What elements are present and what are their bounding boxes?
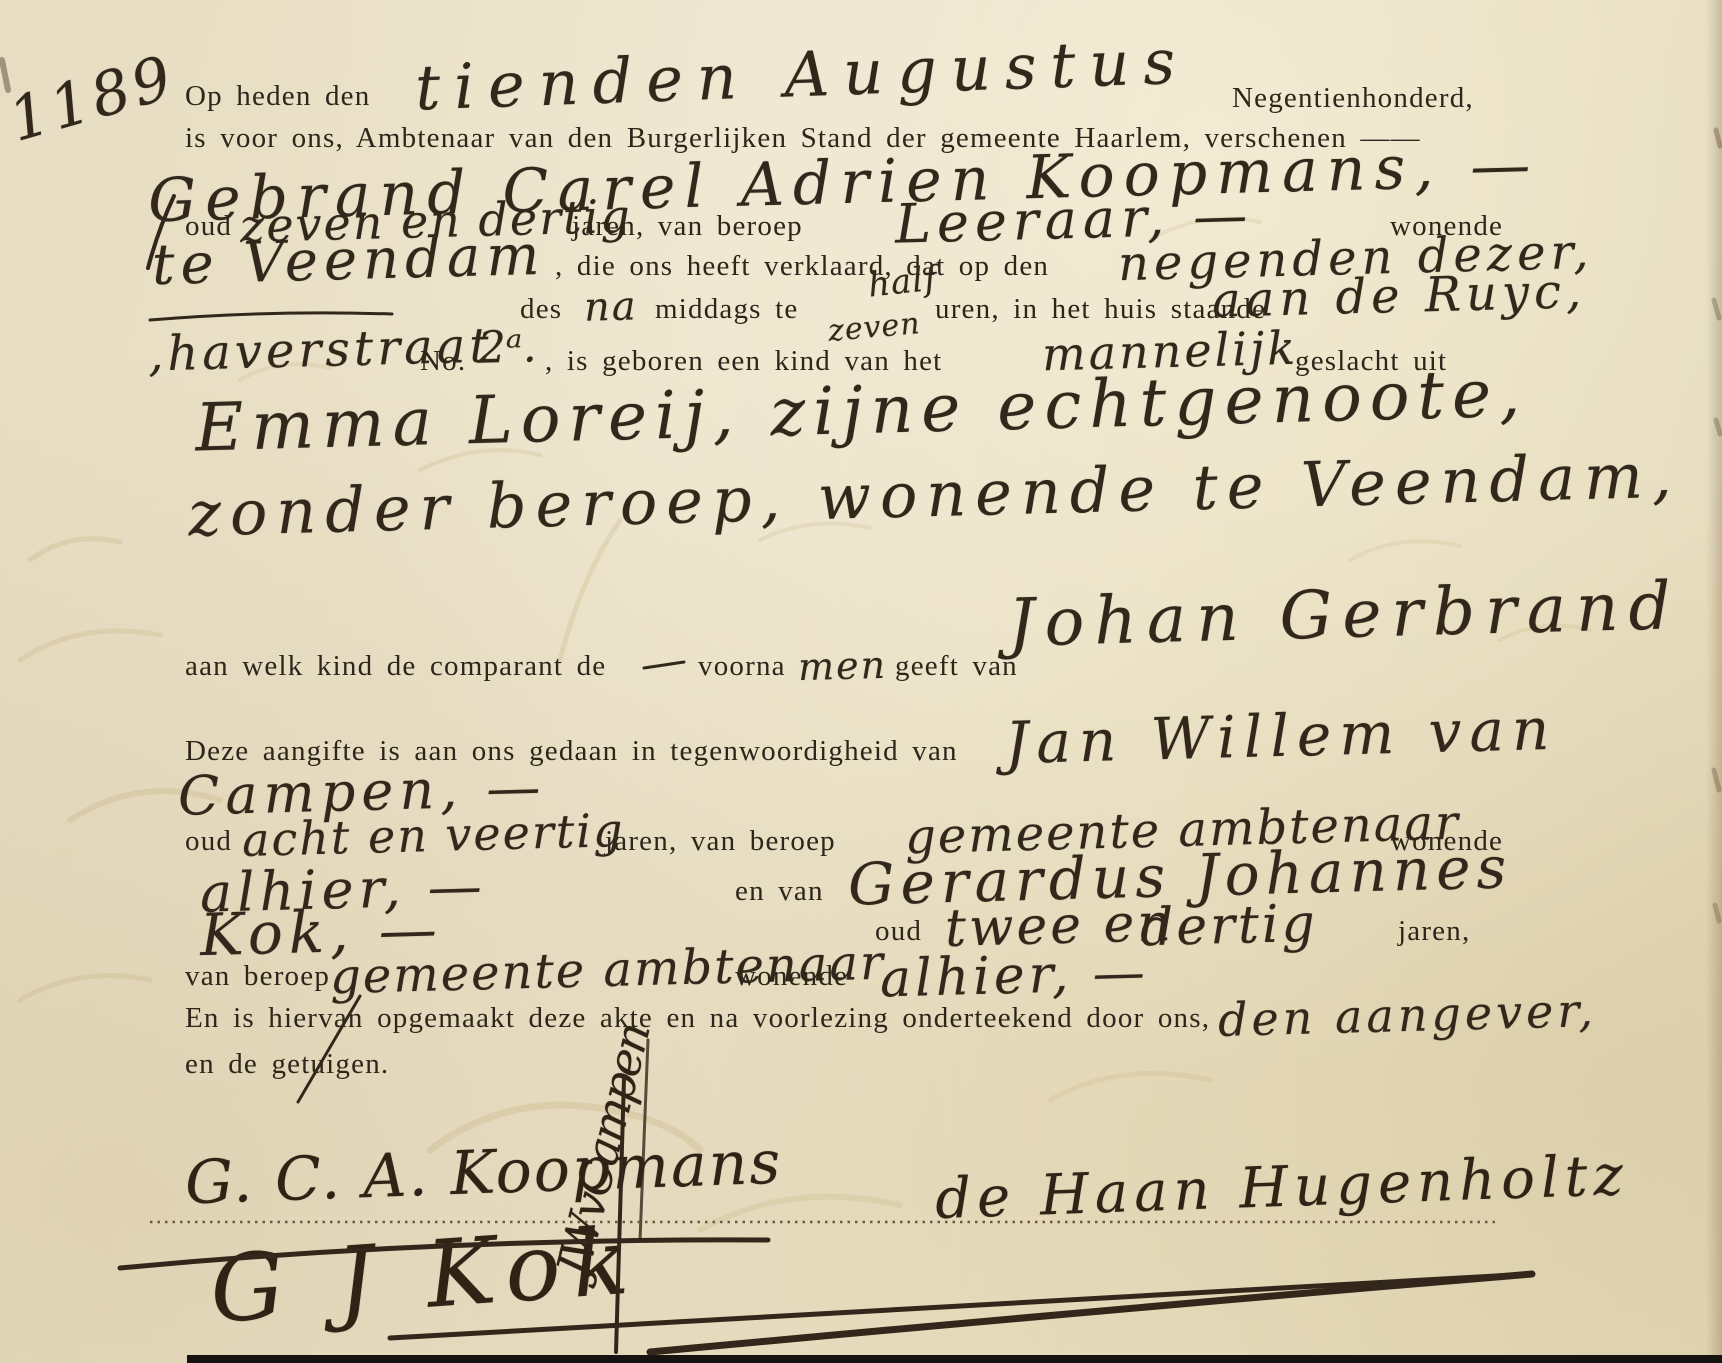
signature-registrar: de Haan Hugenholtz	[934, 1143, 1630, 1232]
birth-certificate-page: 1189 Op heden den tienden Augustus Negen…	[0, 0, 1722, 1363]
handwritten-daypart: na	[583, 283, 638, 330]
witness1-occupation-label: jaren, van beroep	[605, 825, 836, 858]
opening-text: Op heden den	[185, 80, 370, 113]
scan-edge-bar	[187, 1355, 1722, 1363]
witness2-years-label: jaren,	[1398, 915, 1470, 948]
printed-year: Negentienhonderd,	[1232, 82, 1474, 115]
handwritten-declarant-residence: te Veendam	[151, 223, 546, 298]
child-clause-b: voorna	[698, 650, 786, 683]
handwritten-child-names: Johan Gerbrand	[1007, 567, 1682, 662]
handwritten-date-day-month: tienden Augustus	[414, 25, 1190, 125]
handwritten-name-suffix: men	[797, 643, 887, 689]
witness2-occupation-label: van beroep	[185, 960, 330, 993]
handwritten-witness2-residence: alhier, —	[879, 942, 1149, 1009]
signature-declarant: G. C. A. Koopmans	[184, 1128, 783, 1219]
handwritten-street-part1: aan de Ruyc,	[1211, 263, 1586, 329]
handwritten-signer-role: den aangever,	[1217, 983, 1597, 1047]
declaration-clause: , die ons heeft verklaard, dat op den	[555, 250, 1049, 283]
closing-clause-2: en de getuigen.	[185, 1048, 389, 1081]
and-of-label: en van	[735, 875, 824, 908]
handwritten-witness1-firstnames: Jan Willem van	[1004, 695, 1558, 777]
child-clause-c: geeft van	[895, 650, 1018, 683]
child-clause-a: aan welk kind de comparant de	[185, 650, 606, 683]
occupation-label: jaren, van beroep	[572, 210, 803, 243]
witness1-age-label: oud	[185, 825, 232, 858]
signature-witness2: G J Kok	[207, 1207, 644, 1344]
handwritten-witness2-age-b: dertig	[1139, 894, 1318, 959]
closing-clause: En is hiervan opgemaakt deze akte en na …	[185, 1002, 1210, 1035]
number-label: No.	[420, 345, 466, 378]
act-number: 1189	[2, 42, 183, 156]
handwritten-hour-lower: zeven	[827, 306, 922, 349]
witness2-residence-label: wonende	[735, 960, 848, 993]
handwritten-house-number: 2ᵃ.	[477, 321, 537, 374]
handwritten-hour-upper: half	[866, 258, 939, 305]
time-clause-b: middags te	[655, 293, 798, 326]
